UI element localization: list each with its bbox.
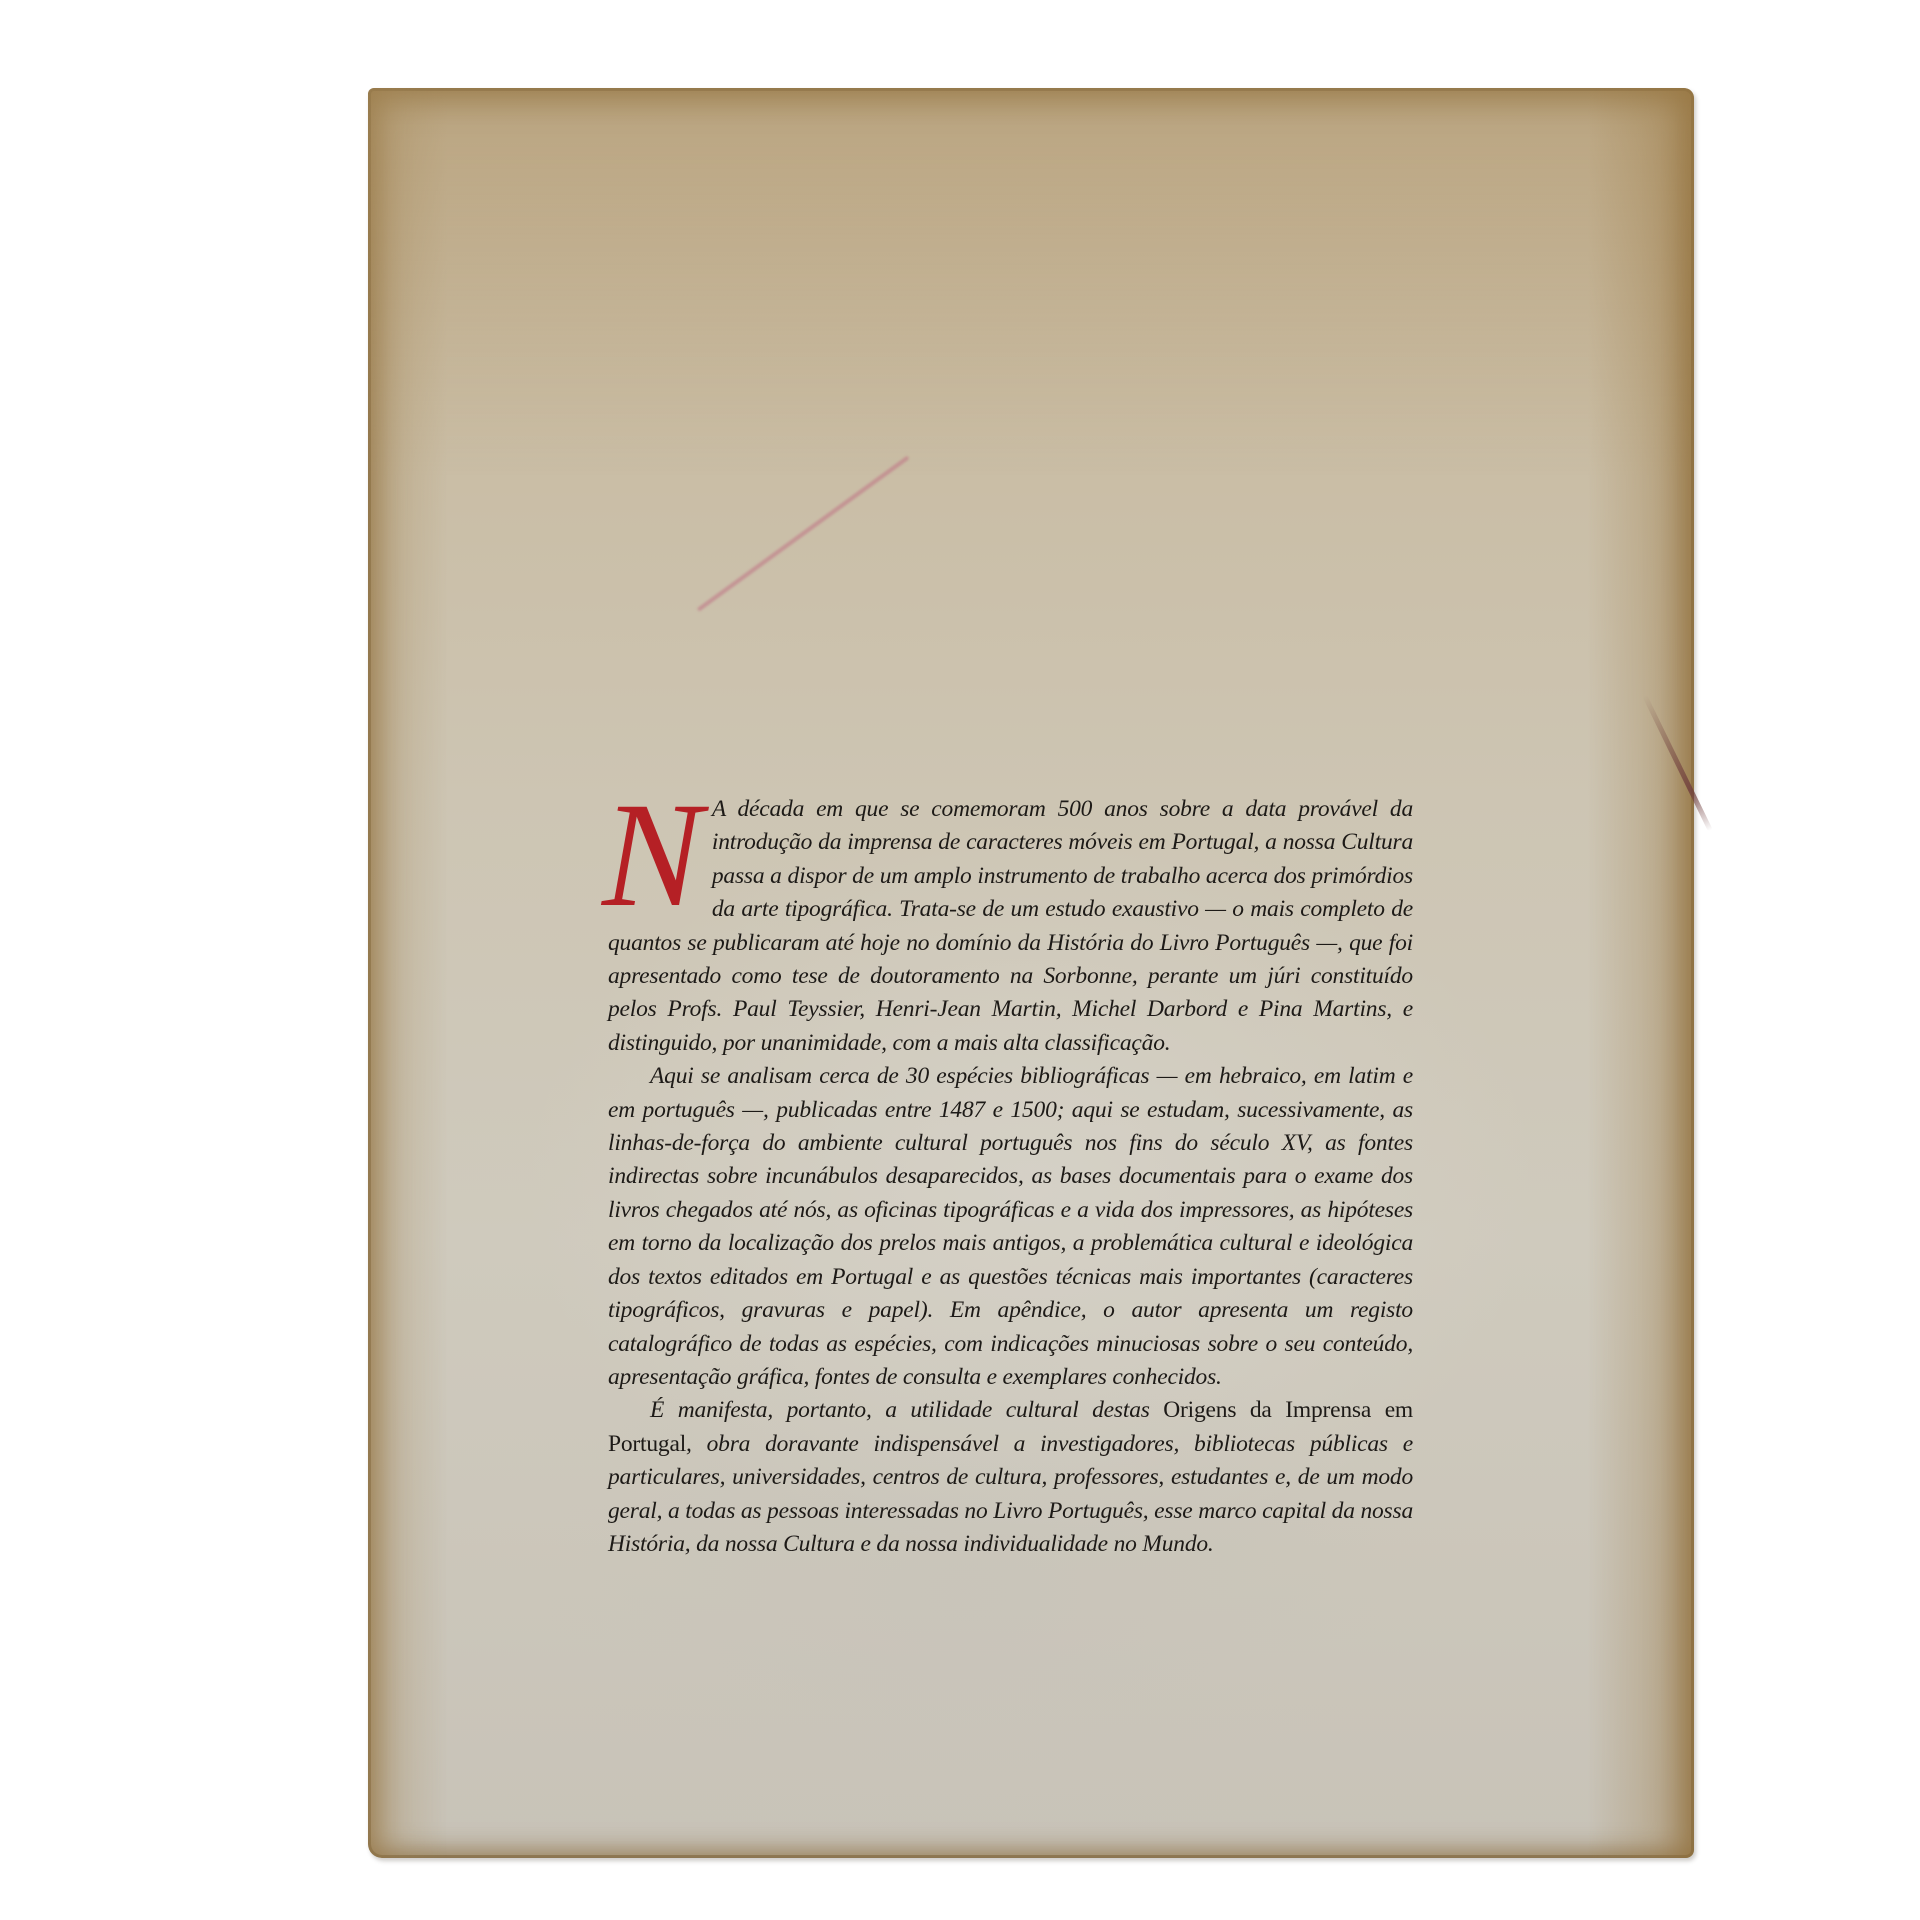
paragraph-3-text-after: , obra doravante indispensável a investi… xyxy=(608,1431,1413,1557)
paragraph-3-text-before: É manifesta, portanto, a utilidade cultu… xyxy=(650,1397,1163,1423)
pink-ink-mark xyxy=(697,456,910,612)
blurb-paragraph-3: É manifesta, portanto, a utilidade cultu… xyxy=(608,1394,1413,1561)
blurb-paragraph-2: Aqui se analisam cerca de 30 espécies bi… xyxy=(608,1060,1413,1394)
back-cover-blurb: NA década em que se comemoram 500 anos s… xyxy=(608,793,1413,1561)
blurb-paragraph-1: NA década em que se comemoram 500 anos s… xyxy=(608,793,1413,1060)
paragraph-1-text: A década em que se comemoram 500 anos so… xyxy=(608,796,1413,1056)
drop-cap-letter: N xyxy=(602,799,702,917)
edge-scratch-mark xyxy=(1642,694,1712,831)
paragraph-2-text: Aqui se analisam cerca de 30 espécies bi… xyxy=(608,1063,1413,1390)
book-back-cover: NA década em que se comemoram 500 anos s… xyxy=(368,88,1694,1858)
